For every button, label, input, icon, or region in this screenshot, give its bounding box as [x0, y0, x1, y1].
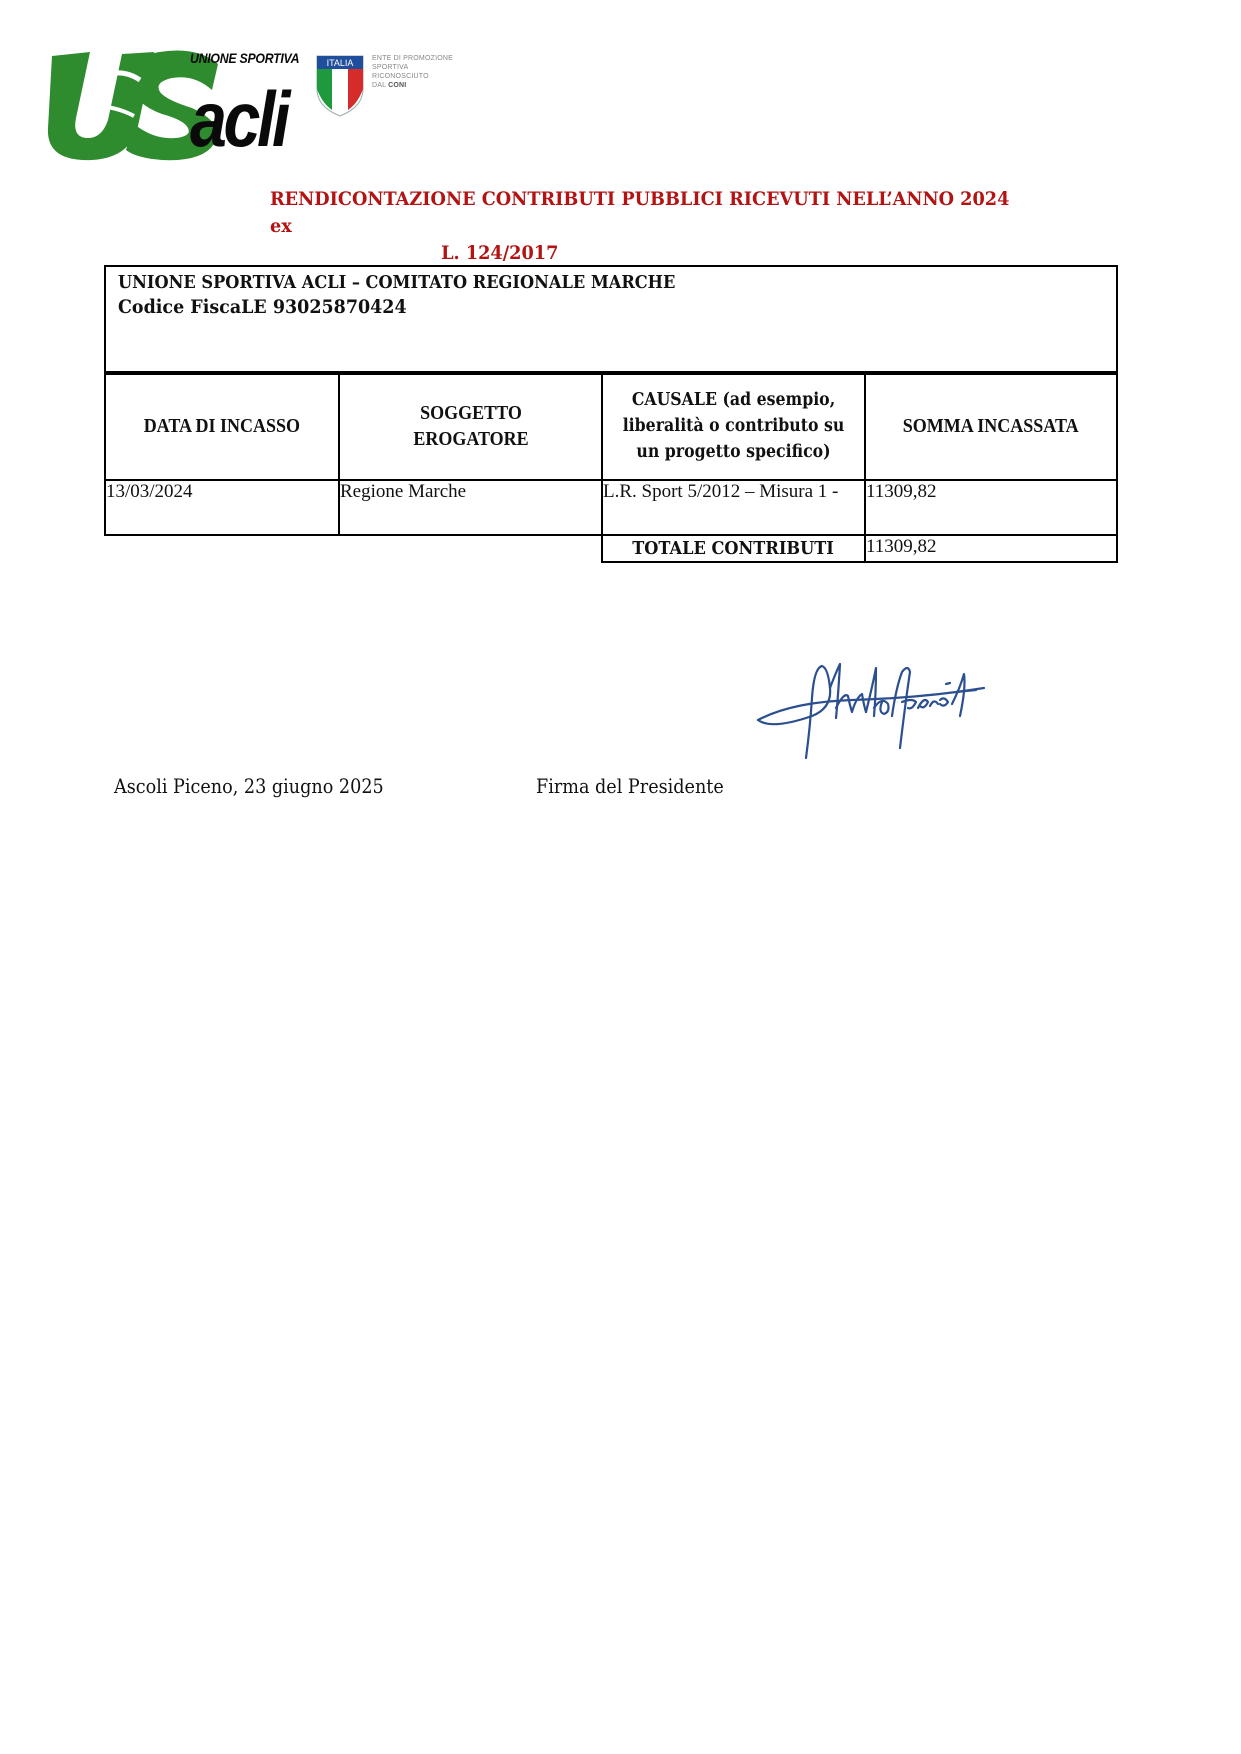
organization-name: UNIONE SPORTIVA ACLI – COMITATO REGIONAL… — [118, 270, 675, 295]
row-date: 13/03/2024 — [104, 479, 340, 536]
coni-recognition-text: ENTE DI PROMOZIONE SPORTIVA RICONOSCIUTO… — [372, 54, 453, 90]
organization-box: UNIONE SPORTIVA ACLI – COMITATO REGIONAL… — [104, 265, 1118, 375]
place-and-date: Ascoli Piceno, 23 giugno 2025 — [114, 774, 384, 798]
tax-code: Codice FiscaLE 93025870424 — [118, 295, 407, 320]
usacli-logo: UNIONE SPORTIVA acli ITALIA ENTE DI PROM… — [42, 46, 472, 166]
logo-acli-wordmark: acli — [190, 80, 287, 158]
row-amount: 11309,82 — [864, 479, 1118, 536]
title-line-2: L. 124/2017 — [270, 240, 1014, 267]
total-label: TOTALE CONTRIBUTI — [601, 534, 866, 563]
total-value: 11309,82 — [864, 534, 1118, 563]
document-title: RENDICONTAZIONE CONTRIBUTI PUBBLICI RICE… — [270, 186, 1014, 267]
italia-shield-icon: ITALIA — [316, 55, 364, 117]
row-reason: L.R. Sport 5/2012 – Misura 1 - — [601, 479, 866, 536]
president-signature-icon — [752, 658, 992, 768]
logo-unione-sportiva: UNIONE SPORTIVA — [190, 50, 299, 66]
title-line-1: RENDICONTAZIONE CONTRIBUTI PUBBLICI RICE… — [270, 188, 1009, 237]
column-header-grantor: SOGGETTO EROGATORE — [338, 371, 603, 481]
shield-label: ITALIA — [327, 58, 354, 68]
row-grantor: Regione Marche — [338, 479, 603, 536]
column-header-date: DATA DI INCASSO — [104, 371, 340, 481]
column-header-reason: CAUSALE (ad esempio, liberalità o contri… — [601, 371, 866, 481]
signature-label: Firma del Presidente — [536, 774, 724, 798]
column-header-amount: SOMMA INCASSATA — [864, 371, 1118, 481]
